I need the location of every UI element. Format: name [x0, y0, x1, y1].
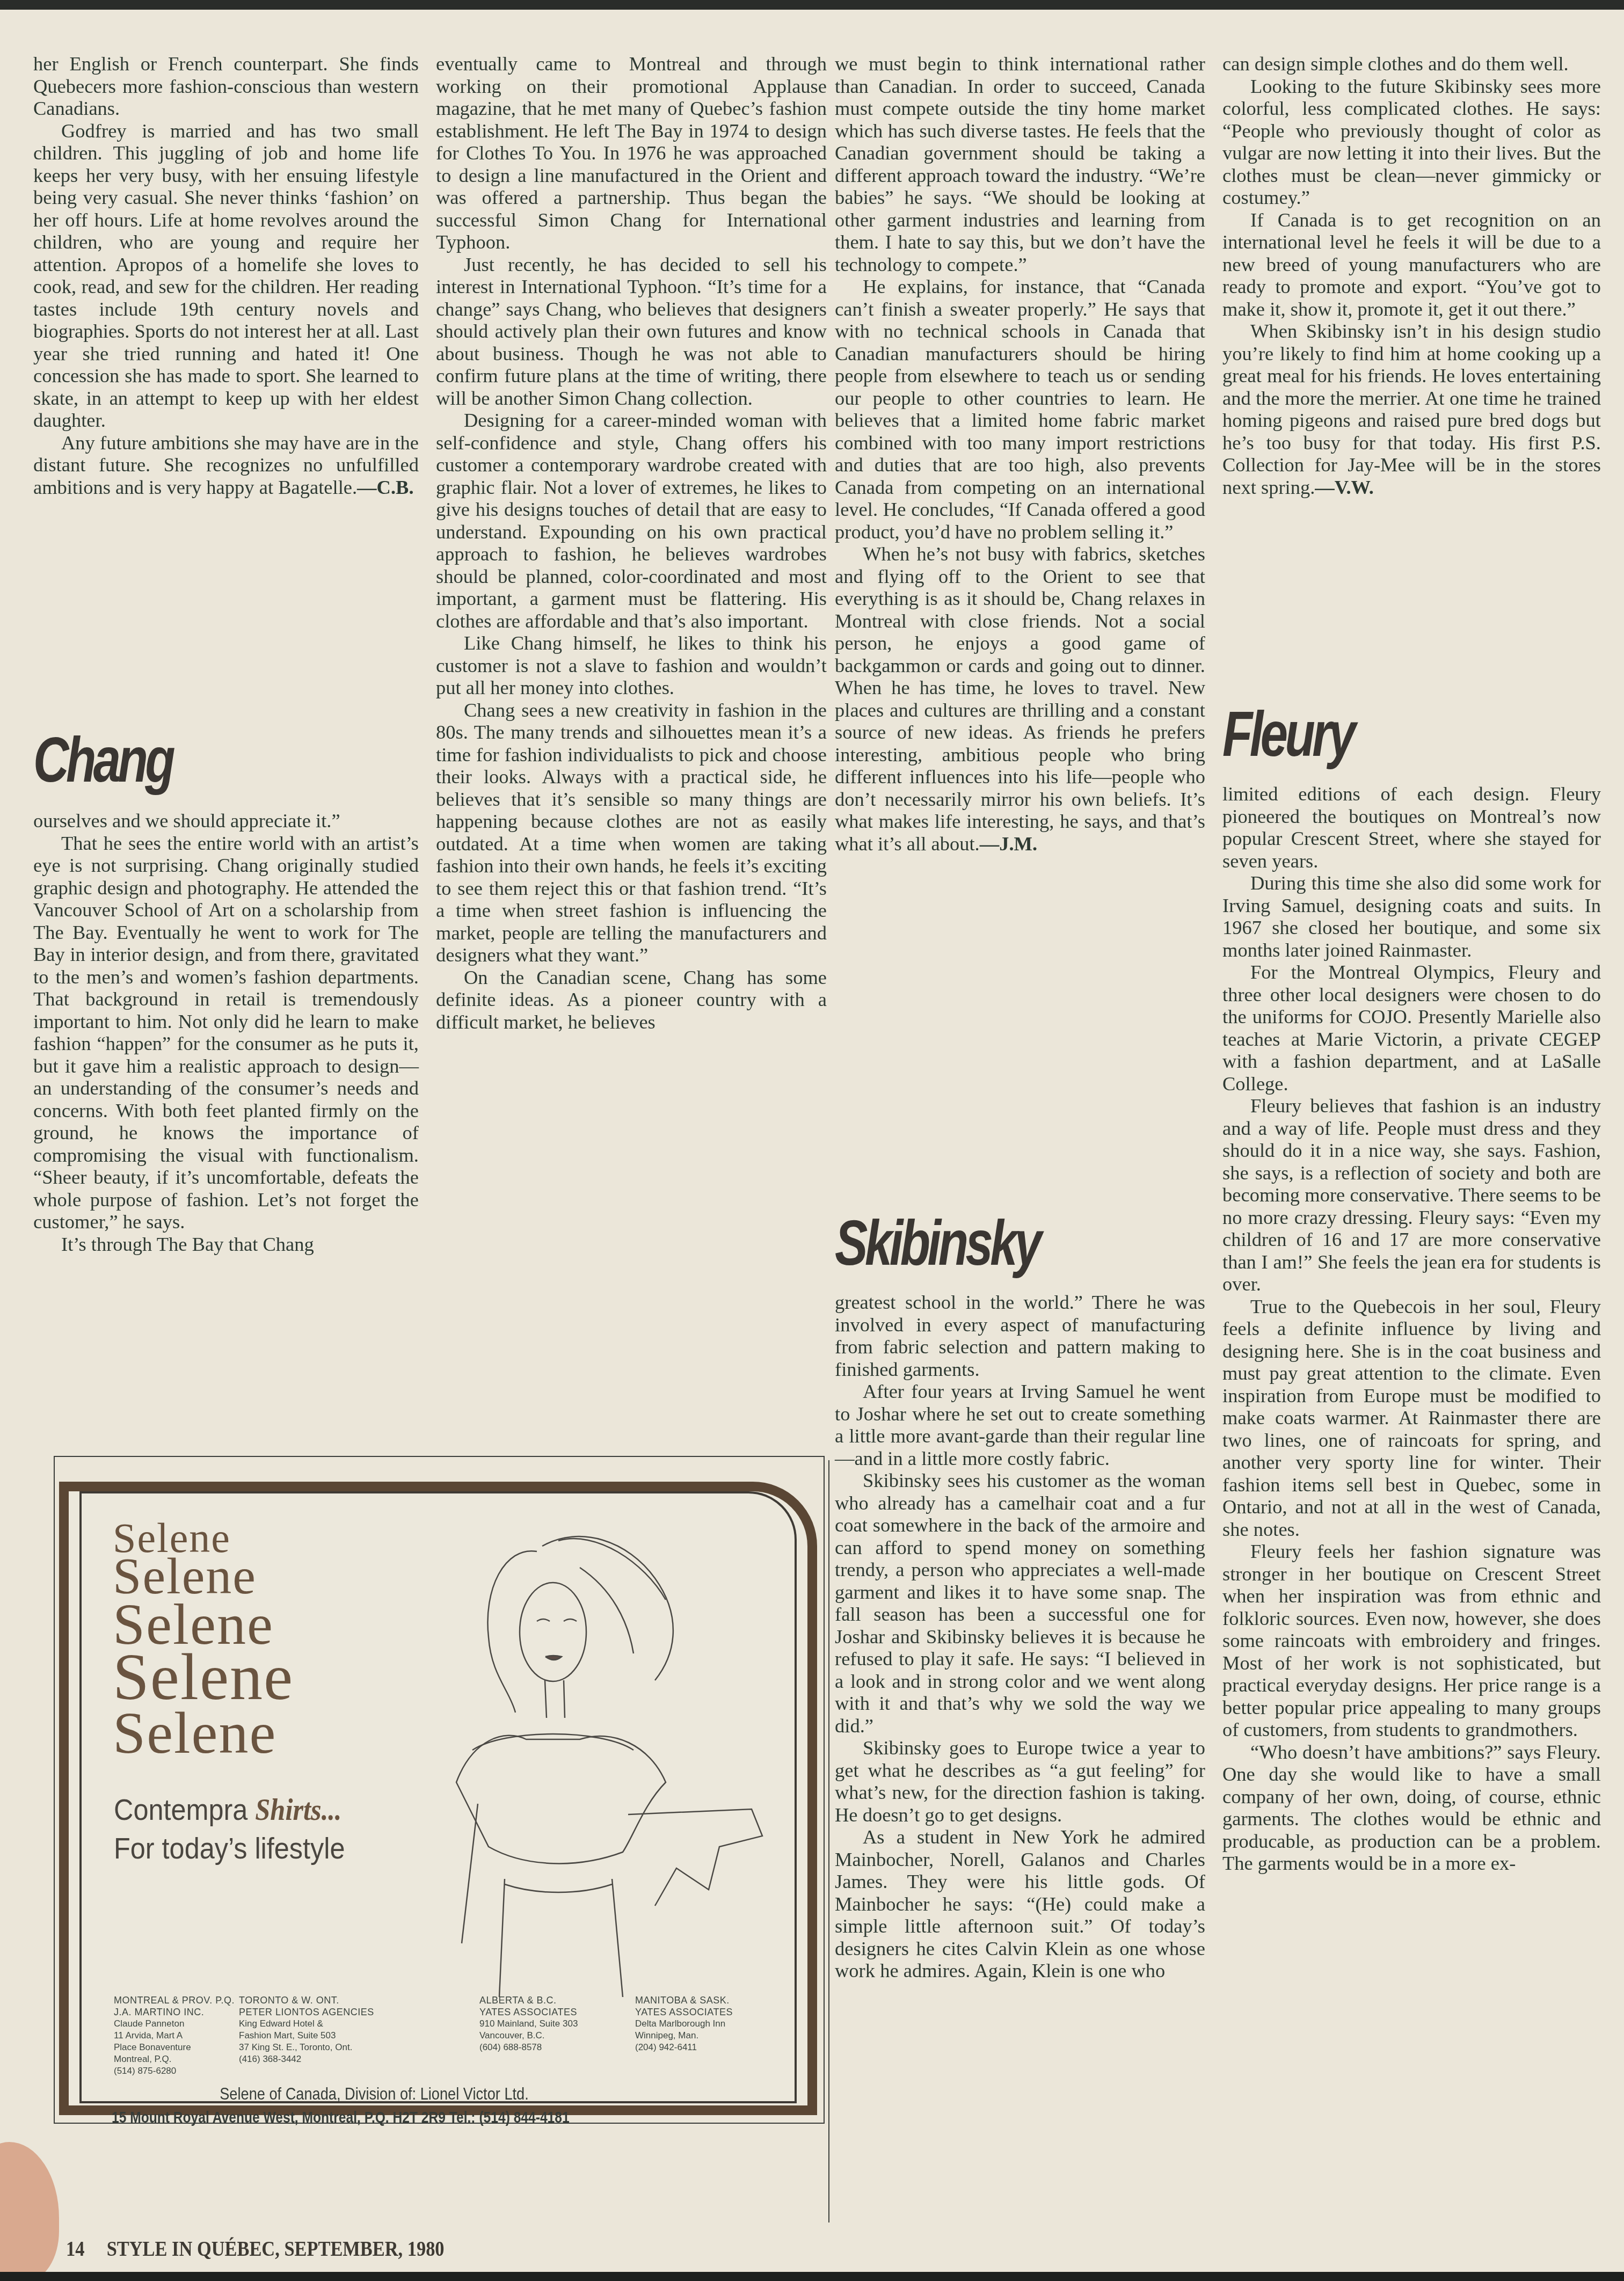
- paragraph: When Skibinsky isn’t in his design studi…: [1222, 320, 1601, 498]
- paragraph: greatest school in the world.” There he …: [835, 1291, 1205, 1380]
- page-number: 14: [66, 2236, 84, 2261]
- paragraph: True to the Quebecois in her soul, Fleur…: [1222, 1295, 1601, 1541]
- paragraph: As a student in New York he admired Main…: [835, 1826, 1205, 1982]
- paragraph: Skibinsky goes to Europe twice a year to…: [835, 1737, 1205, 1826]
- paragraph: can design simple clothes and do them we…: [1222, 53, 1601, 75]
- publication-title: STYLE IN QUÉBEC, SEPTEMBER, 1980: [107, 2236, 445, 2261]
- paragraph: Just recently, he has decided to sell hi…: [436, 253, 827, 410]
- column-1-chang-article: ourselves and we should appreciate it.” …: [33, 810, 419, 1255]
- paragraph: If Canada is to get recognition on an in…: [1222, 209, 1601, 320]
- section-heading-fleury: Fleury: [1222, 698, 1353, 771]
- author-signature: —J.M.: [980, 833, 1037, 855]
- paragraph: Godfrey is married and has two small chi…: [33, 120, 419, 432]
- paragraph: Designing for a career-minded woman with…: [436, 409, 827, 632]
- column-divider-rule: [828, 1460, 829, 2222]
- column-4-fleury-article: limited editions of each design. Fleury …: [1222, 783, 1601, 1875]
- paragraph: eventually came to Montreal and through …: [436, 53, 827, 253]
- page-bottom-edge: [0, 2272, 1624, 2281]
- paragraph: When he’s not busy with fabrics, sketche…: [835, 543, 1205, 855]
- ad-agency-manitoba-sask: MANITOBA & SASK. YATES ASSOCIATES Delta …: [635, 1994, 733, 2053]
- paragraph: It’s through The Bay that Chang: [33, 1233, 419, 1256]
- column-3-skibinsky-article: greatest school in the world.” There he …: [835, 1291, 1205, 1982]
- paragraph: limited editions of each design. Fleury …: [1222, 783, 1601, 872]
- paragraph: During this time she also did some work …: [1222, 872, 1601, 961]
- ad-agency-montreal: MONTREAL & PROV. P.Q. J.A. MARTINO INC. …: [114, 1994, 235, 2077]
- paragraph: That he sees the entire world with an ar…: [33, 832, 419, 1233]
- paragraph: Fleury believes that fashion is an indus…: [1222, 1095, 1601, 1295]
- paragraph: After four years at Irving Samuel he wen…: [835, 1380, 1205, 1469]
- author-signature: —V.W.: [1315, 476, 1374, 498]
- paragraph: Like Chang himself, he likes to think hi…: [436, 632, 827, 699]
- paragraph: “Who doesn’t have ambitions?” says Fleur…: [1222, 1741, 1601, 1875]
- paragraph: we must begin to think international rat…: [835, 53, 1205, 275]
- column-1-godfrey-article-end: her English or French counterpart. She f…: [33, 53, 419, 498]
- paragraph: Fleury feels her fashion signature was s…: [1222, 1540, 1601, 1741]
- author-signature: —C.B.: [357, 476, 413, 498]
- ad-company-line: Selene of Canada, Division of: Lionel Vi…: [146, 2084, 602, 2104]
- paragraph: Chang sees a new creativity in fashion i…: [436, 699, 827, 966]
- section-heading-skibinsky: Skibinsky: [835, 1207, 1039, 1280]
- ad-product-emphasis: Shirts...: [255, 1794, 341, 1827]
- ad-product-line: Contempra Shirts...: [114, 1792, 341, 1827]
- paragraph: Any future ambitions she may have are in…: [33, 432, 419, 499]
- ad-agency-toronto: TORONTO & W. ONT. PETER LIONTOS AGENCIES…: [239, 1994, 374, 2065]
- paragraph: Looking to the future Skibinsky sees mor…: [1222, 75, 1601, 209]
- paragraph: her English or French counterpart. She f…: [33, 53, 419, 120]
- paragraph: ourselves and we should appreciate it.”: [33, 810, 419, 832]
- paragraph: On the Canadian scene, Chang has some de…: [436, 966, 827, 1033]
- ad-brand-text: Selene: [113, 1699, 276, 1767]
- fashion-illustration-woman-icon: [376, 1460, 784, 2008]
- paragraph: For the Montreal Olympics, Fleury and th…: [1222, 961, 1601, 1095]
- ad-tagline: For today’s lifestyle: [114, 1831, 345, 1865]
- column-3-chang-article-end: we must begin to think international rat…: [835, 53, 1205, 855]
- column-2-chang-article: eventually came to Montreal and through …: [436, 53, 827, 1033]
- thumb-in-photo: [0, 2142, 59, 2281]
- ad-address-line: 15 Mount Royal Avenue West, Montreal, P.…: [112, 2109, 570, 2127]
- ad-agency-alberta-bc: ALBERTA & B.C. YATES ASSOCIATES 910 Main…: [479, 1994, 578, 2053]
- page-footer: 14 STYLE IN QUÉBEC, SEPTEMBER, 1980: [66, 2236, 445, 2261]
- section-heading-chang: Chang: [33, 724, 172, 797]
- paragraph: Skibinsky sees his customer as the woman…: [835, 1469, 1205, 1737]
- column-4-skibinsky-article-end: can design simple clothes and do them we…: [1222, 53, 1601, 498]
- page-top-edge: [0, 0, 1624, 10]
- paragraph: He explains, for instance, that “Canada …: [835, 275, 1205, 543]
